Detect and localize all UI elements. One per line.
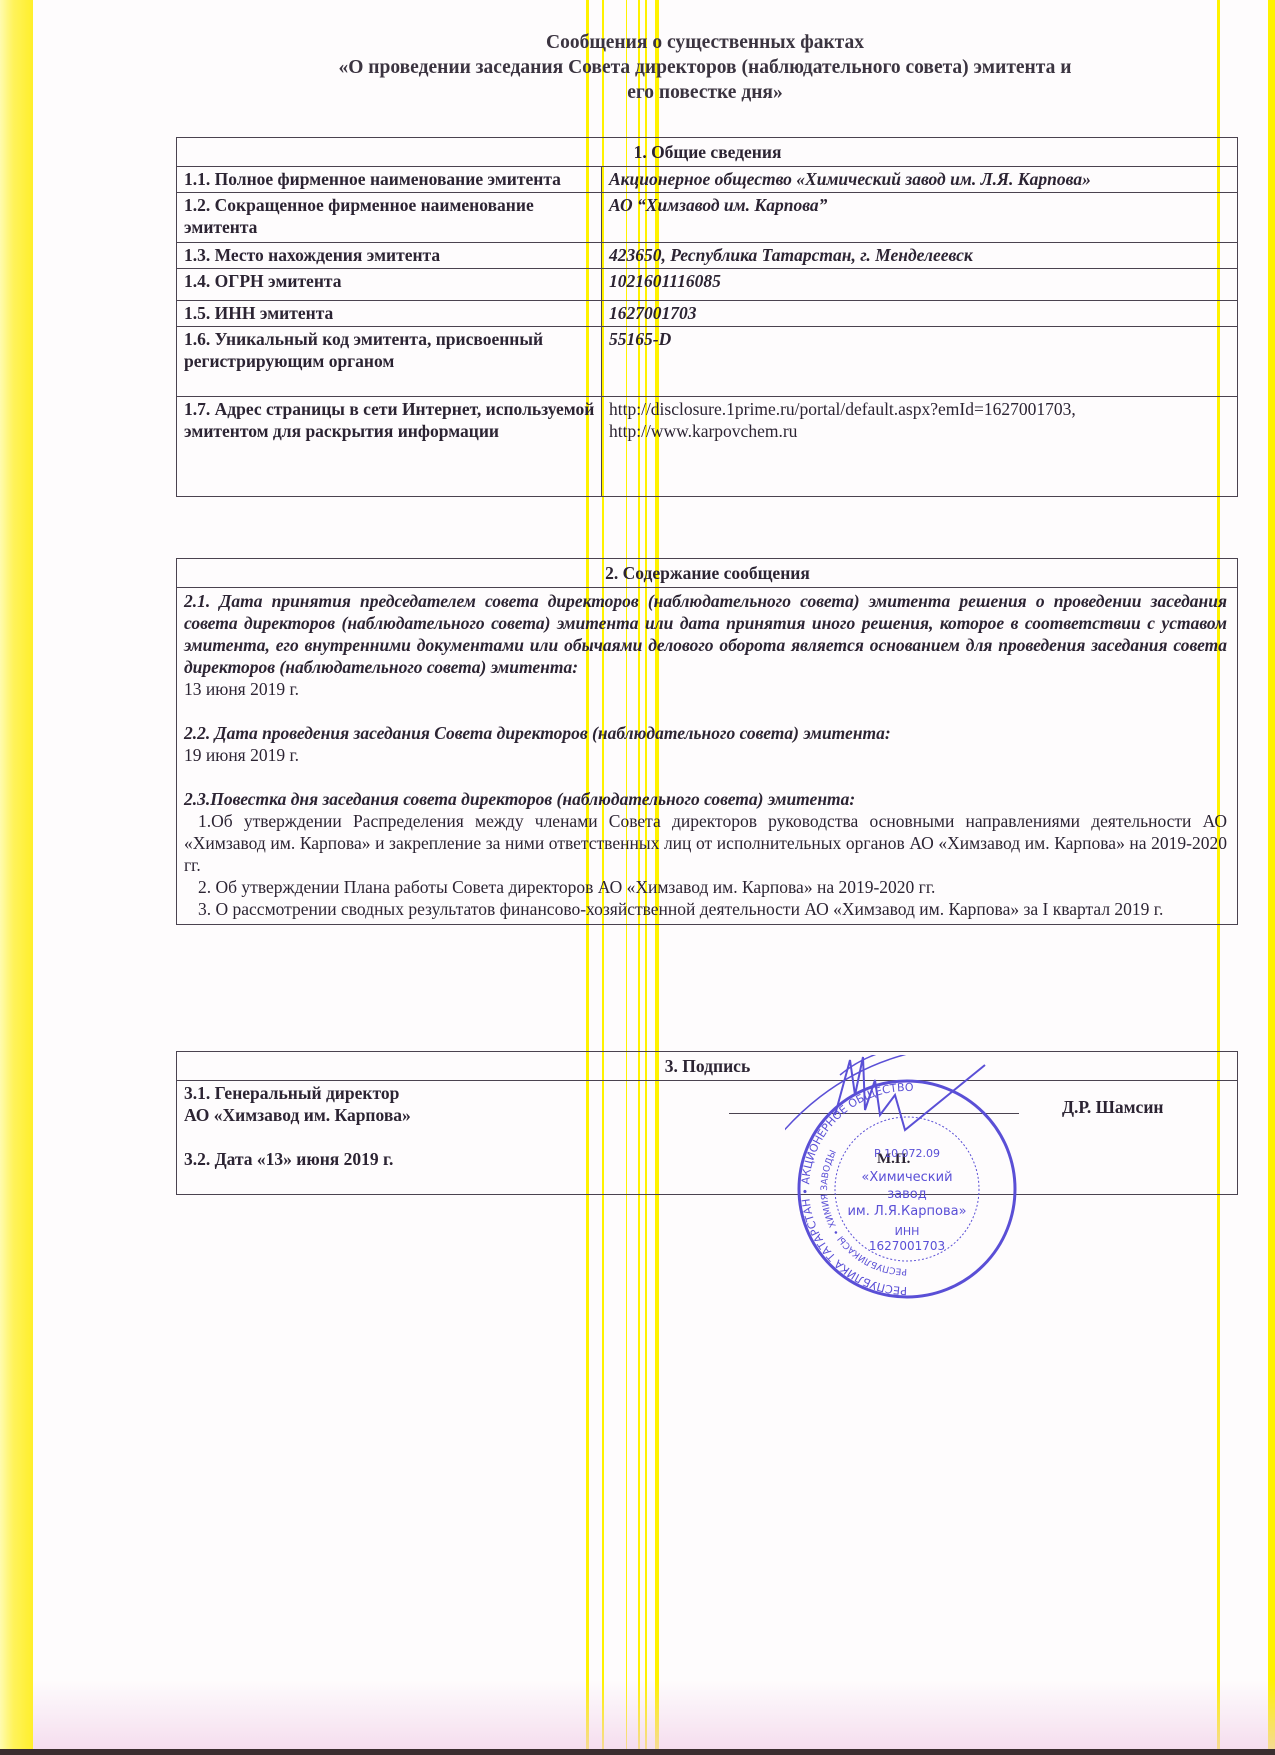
item-answer: 19 июня 2019 г.: [184, 744, 1227, 766]
row-value: 1021601116085: [602, 269, 1238, 301]
link-disclosure[interactable]: http://disclosure.1prime.ru/portal/defau…: [609, 398, 1231, 420]
agenda-item: 3. О рассмотрении сводных результатов фи…: [184, 898, 1227, 920]
row-label: 1.5. ИНН эмитента: [177, 301, 602, 327]
row-label: 1.3. Место нахождения эмитента: [177, 243, 602, 269]
table-row: 1.1. Полное фирменное наименование эмите…: [177, 167, 1238, 193]
table-row: 1.4. ОГРН эмитента 1021601116085: [177, 269, 1238, 301]
row-label: 1.4. ОГРН эмитента: [177, 269, 602, 301]
document-title: Сообщения о существенных фактах «О прове…: [160, 30, 1250, 105]
signature-block: 3.1. Генеральный директор АО «Химзавод и…: [184, 1082, 1231, 1192]
item-answer: 13 июня 2019 г.: [184, 678, 1227, 700]
row-value: 1627001703: [602, 301, 1238, 327]
signature-line: [729, 1113, 1019, 1114]
section-heading: 2. Содержание сообщения: [177, 559, 1238, 588]
row-label: 1.6. Уникальный код эмитента, присвоенны…: [177, 327, 602, 397]
message-content-table: 2. Содержание сообщения 2.1. Дата принят…: [176, 558, 1238, 925]
row-label: 1.1. Полное фирменное наименование эмите…: [177, 167, 602, 193]
table-row: 1.6. Уникальный код эмитента, присвоенны…: [177, 327, 1238, 397]
scan-bottom-tint: [33, 1680, 1275, 1755]
item-question: 2.3.Повестка дня заседания совета директ…: [184, 788, 1227, 810]
agenda-item: 1.Об утверждении Распределения между чле…: [184, 810, 1227, 876]
agenda-item: 2. Об утверждении Плана работы Совета ди…: [184, 876, 1227, 898]
signature-date: 3.2. Дата «13» июня 2019 г.: [184, 1148, 1231, 1170]
section-heading: 1. Общие сведения: [177, 138, 1238, 167]
signature-table: 3. Подпись 3.1. Генеральный директор АО …: [176, 1051, 1238, 1195]
row-value: Акционерное общество «Химический завод и…: [602, 167, 1238, 193]
svg-text:1627001703: 1627001703: [869, 1239, 945, 1253]
signer-name: Д.Р. Шамсин: [1062, 1096, 1164, 1118]
svg-text:ИНН: ИНН: [895, 1225, 920, 1238]
item-question: 2.1. Дата принятия председателем совета …: [184, 590, 1227, 678]
link-website[interactable]: http://www.karpovchem.ru: [609, 420, 1231, 442]
scan-margin-left: [0, 0, 33, 1755]
row-value: http://disclosure.1prime.ru/portal/defau…: [602, 397, 1238, 497]
scan-bottom-edge: [0, 1749, 1275, 1755]
table-row: 1.2. Сокращенное фирменное наименование …: [177, 193, 1238, 243]
scan-margin-right: [1268, 0, 1275, 1755]
row-value: 423650, Республика Татарстан, г. Менделе…: [602, 243, 1238, 269]
seal-mark: М.П.: [877, 1148, 910, 1170]
row-value: АО “Химзавод им. Карпова”: [602, 193, 1238, 243]
svg-text:им. Л.Я.Карпова»: им. Л.Я.Карпова»: [847, 1204, 966, 1219]
table-row: 1.5. ИНН эмитента 1627001703: [177, 301, 1238, 327]
section-heading: 3. Подпись: [177, 1052, 1238, 1081]
message-body: 2.1. Дата принятия председателем совета …: [177, 588, 1238, 925]
row-label: 1.2. Сокращенное фирменное наименование …: [177, 193, 602, 243]
row-label: 1.7. Адрес страницы в сети Интернет, исп…: [177, 397, 602, 497]
row-value: 55165-D: [602, 327, 1238, 397]
item-question: 2.2. Дата проведения заседания Совета ди…: [184, 722, 1227, 744]
general-info-table: 1. Общие сведения 1.1. Полное фирменное …: [176, 137, 1238, 497]
table-row: 1.7. Адрес страницы в сети Интернет, исп…: [177, 397, 1238, 497]
table-row: 1.3. Место нахождения эмитента 423650, Р…: [177, 243, 1238, 269]
